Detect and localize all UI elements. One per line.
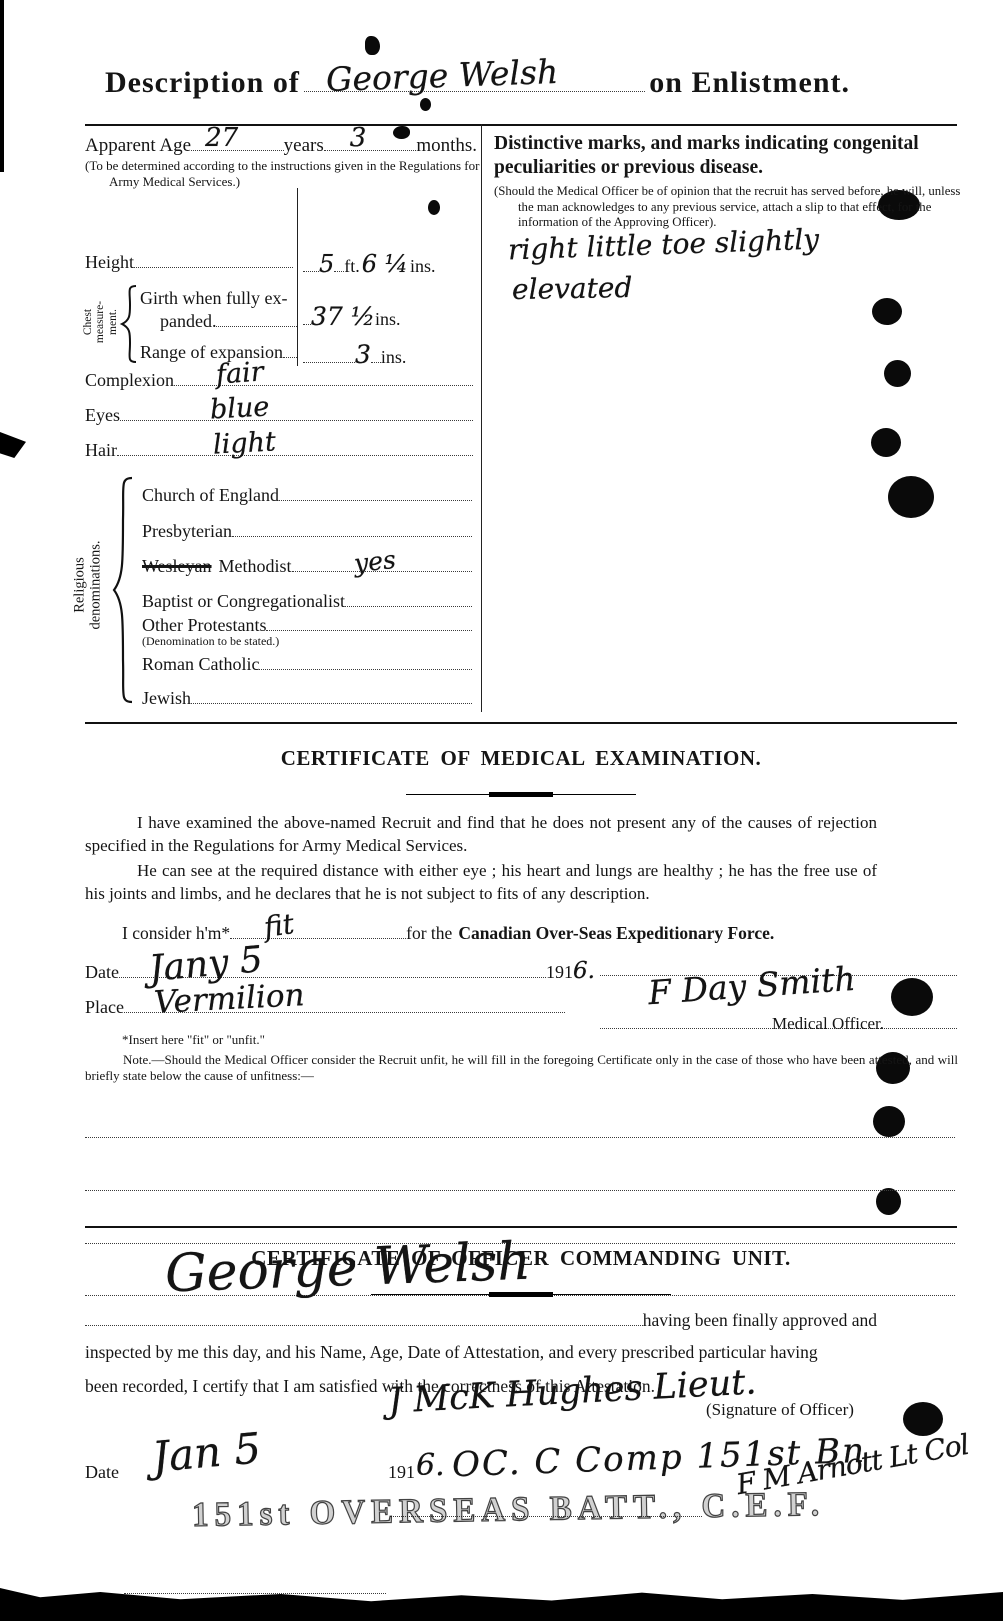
eyes-row: Eyes blue [85, 403, 473, 426]
column-divider [481, 124, 482, 712]
height-row: Height [85, 250, 293, 273]
religion-label-struck: Wesleyan [142, 556, 212, 577]
apparent-age-row: Apparent Age 27 years 3 months. [85, 132, 477, 157]
complexion-fill: fair [174, 368, 473, 386]
co-date-value: Jan 5 [150, 1423, 263, 1481]
height-in-word: ins. [410, 256, 436, 277]
year-printed: 191 [546, 962, 573, 983]
consider-prefix: I consider h'm* [122, 923, 230, 944]
age-months-value: 3 [350, 123, 367, 153]
ink-blot [903, 1402, 943, 1436]
height-value-row: 5 ft. 6 ¼ ins. [303, 250, 471, 278]
chest-side-label-line2: measure- [94, 280, 106, 364]
dotted-line [191, 686, 472, 704]
distinctive-marks-entry-line2: elevated [512, 271, 633, 306]
religion-label: Presbyterian [142, 521, 232, 542]
co-year-handwritten: 6. [416, 1448, 445, 1483]
co-line1-text: having been finally approved and [643, 1310, 877, 1331]
medical-cert-heading: CERTIFICATE OF MEDICAL EXAMINATION. [85, 746, 957, 771]
religion-row-methodist: Wesleyan Methodist yes [142, 554, 472, 577]
dotted-line [279, 483, 472, 501]
co-date-fill [124, 1577, 386, 1593]
ink-speck [365, 36, 380, 55]
date-label: Date [85, 962, 119, 983]
medical-date-row: Date Jany 5 191 6. [85, 958, 595, 984]
form-title-prefix: Description of [105, 66, 300, 100]
complexion-label: Complexion [85, 370, 174, 391]
medical-para-2: He can see at the required distance with… [85, 860, 877, 906]
religion-row-other-protestants: Other Protestants [142, 613, 472, 636]
height-ft-word: ft. [344, 256, 360, 277]
year-handwritten: 6. [573, 958, 595, 984]
blank-line-2 [85, 1175, 955, 1191]
religion-row-roman-catholic: Roman Catholic [142, 652, 472, 675]
co-recruit-name: George Welsh [164, 1232, 532, 1305]
co-line-1: having been finally approved and [85, 1308, 877, 1331]
religion-row-presbyterian: Presbyterian [142, 519, 472, 542]
girth-units: ins. [375, 309, 401, 330]
height-fill [134, 250, 293, 268]
dotted-line [266, 613, 472, 631]
age-months-word: months. [416, 135, 477, 157]
section-rule [85, 722, 957, 724]
form-title: Description of George Welsh on Enlistmen… [105, 66, 850, 100]
apparent-age-label: Apparent Age [85, 135, 191, 157]
apparent-age-note: (To be determined according to the instr… [85, 158, 505, 190]
distinctive-marks-note: (Should the Medical Officer be of opinio… [494, 184, 970, 231]
dotted-line [303, 307, 311, 325]
hair-label: Hair [85, 440, 117, 461]
chest-brace [118, 284, 138, 364]
girth-value: 37 ½ [311, 302, 375, 331]
religion-label: Methodist [219, 556, 292, 577]
fit-value: fit [262, 907, 296, 944]
dotted-line [303, 254, 319, 272]
hair-fill: light [117, 438, 473, 456]
scan-edge-strip [0, 0, 4, 172]
dotted-line [283, 340, 297, 358]
methodist-fill: yes [292, 554, 472, 572]
fit-fill: fit [230, 921, 406, 939]
complexion-value: fair [215, 356, 265, 390]
religion-row-jewish: Jewish [142, 686, 472, 709]
attestation-form-page: Description of George Welsh on Enlistmen… [0, 0, 1003, 1621]
dotted-line [345, 589, 472, 607]
dotted-line [216, 309, 297, 327]
consider-mid: for the [406, 923, 452, 944]
religion-label: Jewish [142, 688, 191, 709]
medical-note: Note.—Should the Medical Officer conside… [85, 1052, 958, 1084]
co-line-2: inspected by me this day, and his Name, … [85, 1342, 877, 1363]
girth-label: Girth when fully ex- panded. [140, 288, 297, 332]
religion-label: Baptist or Congregationalist [142, 591, 345, 612]
girth-label-line1: Girth when fully ex- [140, 288, 297, 309]
date-fill: Jany 5 [119, 960, 546, 978]
height-ft-value: 5 [319, 250, 334, 278]
chest-side-label-line1: Chest [82, 280, 94, 364]
methodist-value: yes [352, 545, 397, 578]
religion-side-label-line2: denominations. [88, 508, 104, 663]
consider-fit-row: I consider h'm* fit for the Canadian Ove… [122, 921, 874, 944]
age-years-word: years [284, 135, 324, 157]
girth-label-line2: panded. [160, 311, 216, 332]
ink-wedge [0, 432, 26, 458]
range-value-row: 3 ins. [303, 340, 471, 369]
officer-signature: J McK Hughes Lieut. [387, 1362, 757, 1421]
age-months-fill: 3 [324, 132, 417, 151]
distinctive-marks-heading: Distinctive marks, and marks indicating … [494, 132, 956, 181]
force-name: Canadian Over-Seas Expeditionary Force. [458, 923, 774, 944]
religion-label: Other Protestants [142, 615, 266, 636]
section-rule [85, 1226, 957, 1228]
ink-blot [888, 476, 934, 518]
place-fill: Vermilion [124, 995, 565, 1013]
religion-label: Church of England [142, 485, 279, 506]
place-value: Vermilion [153, 977, 305, 1021]
co-year-printed: 191 [388, 1462, 415, 1483]
range-units: ins. [381, 347, 407, 368]
dotted-line [259, 652, 472, 670]
dotted-line [232, 519, 472, 537]
blank-line-1 [85, 1121, 955, 1137]
medical-place-row: Place Vermilion [85, 995, 565, 1018]
officer-signature-label: (Signature of Officer) [706, 1400, 854, 1420]
complexion-row: Complexion fair [85, 368, 473, 391]
fit-footnote: *Insert here "fit" or "unfit." [122, 1032, 265, 1048]
ink-blot [872, 298, 902, 325]
medical-para-1: I have examined the above-named Recruit … [85, 812, 877, 858]
ink-speck [428, 200, 440, 215]
religion-label: Roman Catholic [142, 654, 259, 675]
mo-title: Medical Officer. [772, 1014, 884, 1034]
place-label: Place [85, 997, 124, 1018]
range-value: 3 [355, 340, 371, 369]
religion-row-church-of-england: Church of England [142, 483, 472, 506]
other-protestants-note: (Denomination to be stated.) [142, 634, 279, 649]
ink-blot [884, 360, 911, 387]
hair-row: Hair light [85, 438, 473, 461]
religion-brace [110, 476, 134, 704]
name-fill-line: George Welsh [304, 76, 645, 92]
co-name-fill [85, 1308, 643, 1326]
recruit-name-handwritten: George Welsh [325, 52, 558, 99]
eyes-fill: blue [120, 403, 473, 421]
eyes-value: blue [209, 392, 270, 426]
eyes-label: Eyes [85, 405, 120, 426]
hair-value: light [212, 426, 276, 460]
medical-cert-divider [406, 794, 636, 795]
girth-value-row: 37 ½ ins. [303, 302, 471, 331]
religion-row-baptist: Baptist or Congregationalist [142, 589, 472, 612]
dotted-line [303, 345, 355, 363]
ink-blot [876, 1188, 901, 1215]
height-in-value: 6 ¼ [362, 250, 408, 278]
ink-blot [871, 428, 901, 457]
dotted-line [371, 345, 381, 363]
dotted-line [334, 254, 344, 272]
age-years-fill: 27 [191, 132, 284, 151]
ink-blot [891, 978, 933, 1016]
height-label: Height [85, 252, 134, 273]
value-column-divider [297, 188, 298, 366]
co-date-label: Date [85, 1462, 119, 1483]
age-years-value: 27 [205, 123, 238, 153]
form-title-suffix: on Enlistment. [649, 66, 850, 100]
battalion-stamp: 151st OVERSEAS BATT., C.E.F. [192, 1486, 826, 1536]
religion-side-label-line1: Religious [73, 508, 89, 663]
